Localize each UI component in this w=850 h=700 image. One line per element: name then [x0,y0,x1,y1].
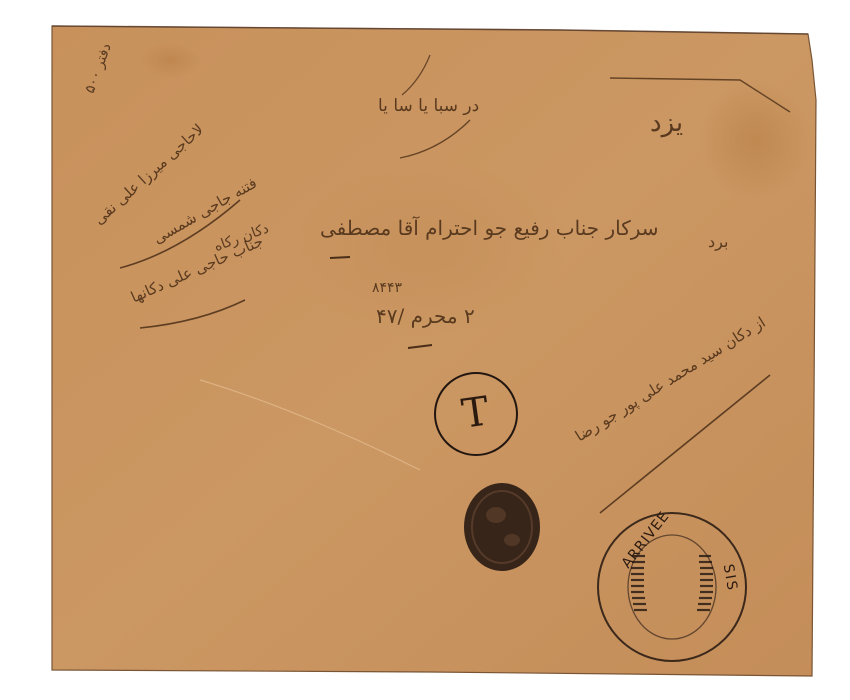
handwriting-right-middle: برد [708,232,728,251]
handwriting-top-center: در سبا یا سا یا [378,96,479,116]
handwriting-date-line: ۲ محرم /۴۷ [376,304,475,328]
wax-seal [464,483,540,571]
handwriting-top-right: یزد [650,108,683,138]
tax-stamp-letter: T [459,388,492,437]
handwriting-number-line: ۸۴۴۳ [372,280,402,296]
handwriting-address-line: سرکار جناب رفیع جو احترام آقا مصطفی [320,216,659,240]
